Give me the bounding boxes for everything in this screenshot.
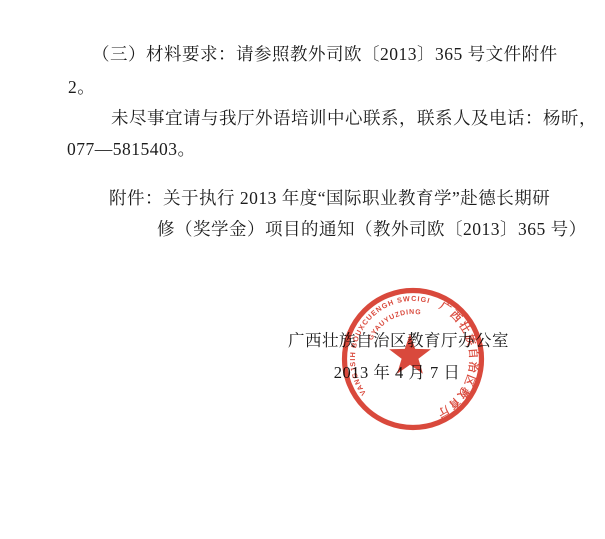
signature-date: 2013 年 4 月 7 日 [288, 364, 506, 383]
body-line-4: 077—5815403。 [67, 139, 196, 159]
attachment-line-1: 附件：关于执行 2013 年度“国际职业教育学”赴德长期研 [109, 188, 550, 208]
body-line-1: （三）材料要求：请参照教外司欧〔2013〕365 号文件附件 [92, 44, 558, 64]
body-line-2: 2。 [68, 77, 95, 97]
document-page: （三）材料要求：请参照教外司欧〔2013〕365 号文件附件 2。 未尽事宜请与… [0, 0, 605, 539]
body-line-3: 未尽事宜请与我厅外语培训中心联系，联系人及电话：杨昕， [111, 108, 597, 128]
seal-text-chinese: 广西壮族自治区教育厅 [434, 298, 482, 421]
attachment-line-2: 修（奖学金）项目的通知（教外司欧〔2013〕365 号） [157, 219, 587, 239]
seal-ring [345, 291, 482, 428]
official-seal: GVANGJSIH BOUXCUENGH SWCIGIH GYAUYUZDING… [328, 274, 498, 444]
signature-organization: 广西壮族自治区教育厅办公室 [288, 332, 506, 351]
